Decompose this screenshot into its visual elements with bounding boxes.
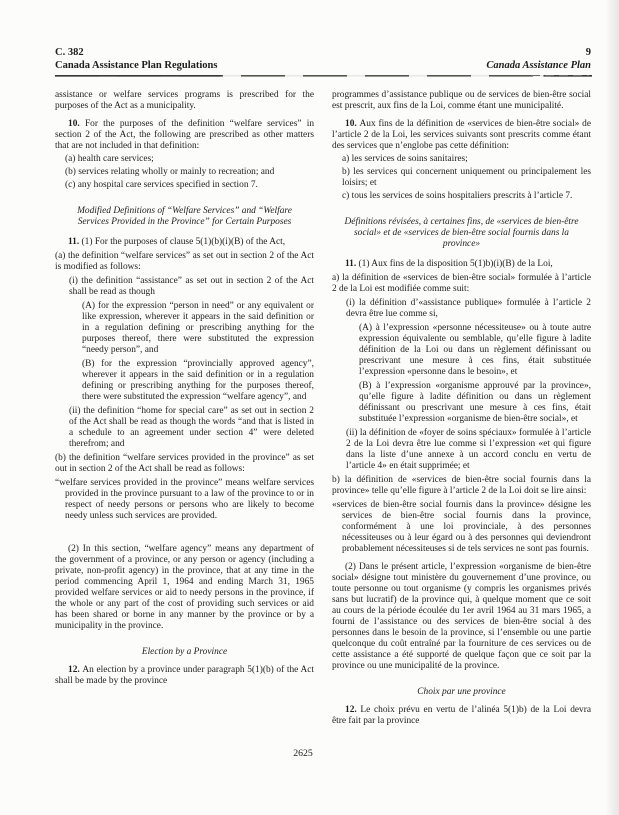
- paragraph: assistance or welfare services programs …: [55, 90, 314, 112]
- page-number-top: 9: [486, 46, 591, 59]
- page-header: C. 382 Canada Assistance Plan Regulation…: [0, 0, 619, 72]
- paragraph: (a) health care services;: [65, 154, 314, 165]
- section-heading: Définitions révisées, à certaines fins, …: [338, 217, 585, 250]
- running-title-english: Canada Assistance Plan Regulations: [55, 59, 217, 72]
- section-number: 10.: [345, 119, 360, 129]
- section-heading: Election by a Province: [55, 647, 314, 658]
- english-column: assistance or welfare services programs …: [55, 90, 314, 727]
- paragraph: 10. Aux fins de la définition de «servic…: [332, 119, 591, 152]
- paragraph: 11. (1) For the purposes of clause 5(1)(…: [55, 237, 314, 248]
- paragraph: (A) for the expression “person in need” …: [82, 301, 314, 356]
- two-column-body: assistance or welfare services programs …: [0, 77, 619, 727]
- page-footer: 2625: [55, 748, 551, 759]
- paragraph: (a) the definition “welfare services” as…: [55, 251, 314, 273]
- section-number: 10.: [68, 119, 85, 129]
- page-number-bottom: 2625: [293, 748, 313, 759]
- french-column: programmes d’assistance publique ou de s…: [332, 90, 591, 727]
- paragraph: (b) services relating wholly or mainly t…: [65, 167, 314, 178]
- header-right: 9 Canada Assistance Plan: [486, 46, 591, 72]
- section-number: 11.: [345, 259, 359, 269]
- paragraph: 10. For the purposes of the definition “…: [55, 119, 314, 152]
- paragraph: (B) for the expression “provincially app…: [82, 359, 314, 403]
- paragraph: «services de bien-être social fournis da…: [332, 500, 591, 555]
- paragraph: 11. (1) Aux fins de la disposition 5(1)b…: [332, 259, 591, 270]
- paragraph: (A) à l’expression «personne nécessiteus…: [359, 323, 591, 378]
- chapter-number: C. 382: [55, 46, 217, 59]
- paragraph: (ii) la définition de «foyer de soins sp…: [346, 428, 591, 472]
- section-heading: Choix par une province: [332, 687, 591, 698]
- paragraph: 12. Le choix prévu en vertu de l’alinéa …: [332, 705, 591, 727]
- paragraph: (2) Dans le présent article, l’expressio…: [332, 562, 591, 672]
- document-page: C. 382 Canada Assistance Plan Regulation…: [0, 0, 619, 815]
- section-number: 12.: [345, 705, 360, 715]
- paragraph: (c) any hospital care services specified…: [65, 180, 314, 191]
- running-title-french: Canada Assistance Plan: [486, 59, 591, 72]
- paragraph: (ii) the definition “home for special ca…: [69, 406, 314, 450]
- paragraph: b) la définition de «services de bien-êt…: [332, 475, 591, 497]
- paragraph: programmes d’assistance publique ou de s…: [332, 90, 591, 112]
- paragraph: (i) the definition “assistance” as set o…: [69, 276, 314, 298]
- paragraph: (B) à l’expression «organisme approuvé p…: [359, 381, 591, 425]
- paragraph: (b) the definition “welfare services pro…: [55, 453, 314, 475]
- section-heading: Modified Definitions of “Welfare Service…: [61, 206, 308, 228]
- section-number: 12.: [68, 665, 82, 675]
- section-number: 11.: [68, 237, 82, 247]
- paragraph: c) tous les services de soins hospitalie…: [342, 191, 591, 202]
- paragraph: a) les services de soins sanitaires;: [342, 154, 591, 165]
- paragraph: b) les services qui concernent uniquemen…: [342, 167, 591, 189]
- header-left: C. 382 Canada Assistance Plan Regulation…: [55, 46, 217, 72]
- paragraph: (i) la définition d’«assistance publique…: [346, 298, 591, 320]
- paragraph: (2) In this section, “welfare agency” me…: [55, 544, 314, 632]
- paragraph: a) la définition de «services de bien-êt…: [332, 273, 591, 295]
- paragraph: 12. An election by a province under para…: [55, 665, 314, 687]
- paragraph: “welfare services provided in the provin…: [55, 478, 314, 522]
